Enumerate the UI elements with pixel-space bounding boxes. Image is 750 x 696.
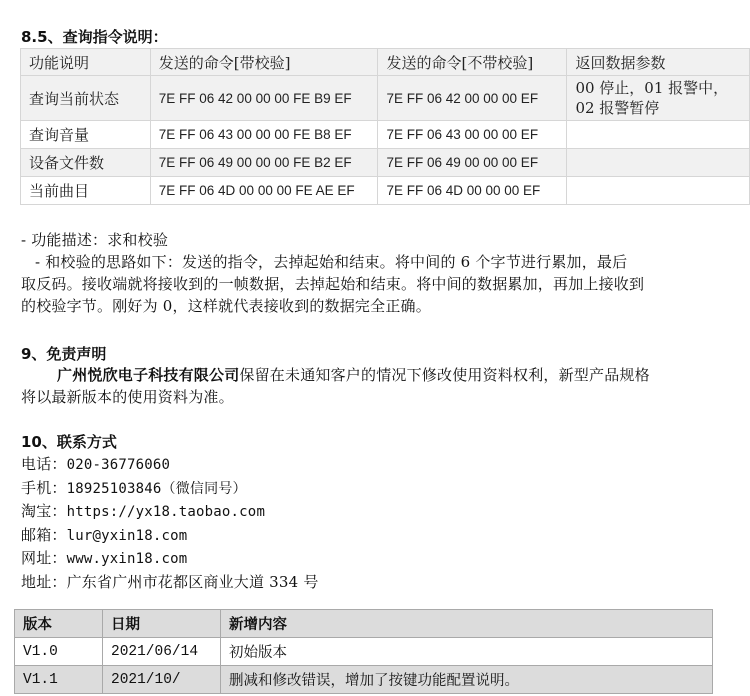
cell-function: 查询当前状态 (21, 76, 151, 121)
contact-value: 18925103846（微信同号） (67, 481, 247, 497)
cell-return-params (567, 177, 750, 205)
cell-return-params (567, 121, 750, 149)
table-row: 当前曲目 7E FF 06 4D 00 00 00 FE AE EF 7E FF… (21, 177, 750, 205)
disclaimer-text: 广州悦欣电子科技有限公司保留在未通知客户的情况下修改使用资料权利，新型产品规格 … (21, 364, 721, 408)
version-history-table: 版本 日期 新增内容 V1.0 2021/06/14 初始版本 V1.1 202… (14, 609, 713, 694)
cell-cmd-without-checksum: 7E FF 06 49 00 00 00 EF (378, 149, 567, 177)
checksum-line-2: - 和校验的思路如下：发送的指令，去掉起始和结束。将中间的 6 个字节进行累加，… (21, 251, 721, 273)
header-cmd-without-checksum: 发送的命令[不带校验] (378, 49, 567, 76)
table-header-row: 功能说明 发送的命令[带校验] 发送的命令[不带校验] 返回数据参数 (21, 49, 750, 76)
cell-function: 查询音量 (21, 121, 151, 149)
cell-return-params: 00 停止，01 报警中， 02 报警暂停 (567, 76, 750, 121)
contact-phone: 电话：020-36776060 (21, 453, 721, 477)
disclaimer-line-2: 将以最新版本的使用资料为准。 (21, 386, 721, 408)
cell-changes: 初始版本 (221, 638, 713, 666)
cell-cmd-with-checksum: 7E FF 06 43 00 00 00 FE B8 EF (150, 121, 378, 149)
cell-version: V1.0 (15, 638, 103, 666)
section-10-title: 10、联系方式 (21, 431, 117, 452)
cell-return-params (567, 149, 750, 177)
cell-cmd-without-checksum: 7E FF 06 4D 00 00 00 EF (378, 177, 567, 205)
checksum-description: - 功能描述：求和校验 - 和校验的思路如下：发送的指令，去掉起始和结束。将中间… (21, 229, 721, 317)
contact-value: 广东省广州市花都区商业大道 334 号 (67, 573, 319, 591)
header-changes: 新增内容 (221, 610, 713, 638)
contact-mobile: 手机：18925103846（微信同号） (21, 477, 721, 501)
table-row: V1.1 2021/10/ 删减和修改错误，增加了按键功能配置说明。 (15, 666, 713, 694)
cell-cmd-without-checksum: 7E FF 06 43 00 00 00 EF (378, 121, 567, 149)
contact-taobao: 淘宝：https://yx18.taobao.com (21, 500, 721, 524)
contact-label: 手机： (21, 479, 67, 497)
taobao-link[interactable]: https://yx18.taobao.com (67, 504, 265, 520)
header-version: 版本 (15, 610, 103, 638)
contact-label: 地址： (21, 573, 67, 591)
cell-cmd-with-checksum: 7E FF 06 49 00 00 00 FE B2 EF (150, 149, 378, 177)
section-9-title: 9、免责声明 (21, 343, 106, 364)
table-header-row: 版本 日期 新增内容 (15, 610, 713, 638)
cell-cmd-without-checksum: 7E FF 06 42 00 00 00 EF (378, 76, 567, 121)
section-8-5-title: 8.5、查询指令说明： (21, 26, 168, 47)
company-name: 广州悦欣电子科技有限公司 (57, 366, 239, 384)
cell-function: 设备文件数 (21, 149, 151, 177)
contact-website: 网址：www.yxin18.com (21, 547, 721, 571)
contact-email: 邮箱：lur@yxin18.com (21, 524, 721, 548)
website-link[interactable]: www.yxin18.com (67, 551, 188, 567)
disclaimer-line-1: 广州悦欣电子科技有限公司保留在未通知客户的情况下修改使用资料权利，新型产品规格 (21, 364, 721, 386)
contact-label: 邮箱： (21, 526, 67, 544)
cell-changes: 删减和修改错误，增加了按键功能配置说明。 (221, 666, 713, 694)
return-params-line2: 02 报警暂停 (575, 98, 741, 118)
cell-cmd-with-checksum: 7E FF 06 42 00 00 00 FE B9 EF (150, 76, 378, 121)
header-date: 日期 (103, 610, 221, 638)
table-row: 查询音量 7E FF 06 43 00 00 00 FE B8 EF 7E FF… (21, 121, 750, 149)
contact-list: 电话：020-36776060 手机：18925103846（微信同号） 淘宝：… (21, 453, 721, 593)
header-return-params: 返回数据参数 (567, 49, 750, 76)
query-command-table: 功能说明 发送的命令[带校验] 发送的命令[不带校验] 返回数据参数 查询当前状… (20, 48, 750, 205)
checksum-line-1: - 功能描述：求和校验 (21, 229, 721, 251)
contact-label: 网址： (21, 549, 67, 567)
cell-cmd-with-checksum: 7E FF 06 4D 00 00 00 FE AE EF (150, 177, 378, 205)
cell-version: V1.1 (15, 666, 103, 694)
email-link[interactable]: lur@yxin18.com (67, 528, 188, 544)
contact-address: 地址：广东省广州市花都区商业大道 334 号 (21, 571, 721, 594)
disclaimer-rest: 保留在未通知客户的情况下修改使用资料权利，新型产品规格 (239, 366, 649, 384)
contact-label: 电话： (21, 455, 67, 473)
return-params-line1: 00 停止，01 报警中， (575, 78, 741, 98)
table-row: V1.0 2021/06/14 初始版本 (15, 638, 713, 666)
checksum-line-4: 的校验字节。刚好为 0，这样就代表接收到的数据完全正确。 (21, 295, 721, 317)
header-function: 功能说明 (21, 49, 151, 76)
cell-function: 当前曲目 (21, 177, 151, 205)
header-cmd-with-checksum: 发送的命令[带校验] (150, 49, 378, 76)
cell-date: 2021/06/14 (103, 638, 221, 666)
checksum-line-3: 取反码。接收端就将接收到的一帧数据，去掉起始和结束。将中间的数据累加，再加上接收… (21, 273, 721, 295)
contact-value: 020-36776060 (67, 457, 171, 473)
table-row: 查询当前状态 7E FF 06 42 00 00 00 FE B9 EF 7E … (21, 76, 750, 121)
contact-label: 淘宝： (21, 502, 67, 520)
table-row: 设备文件数 7E FF 06 49 00 00 00 FE B2 EF 7E F… (21, 149, 750, 177)
cell-date: 2021/10/ (103, 666, 221, 694)
